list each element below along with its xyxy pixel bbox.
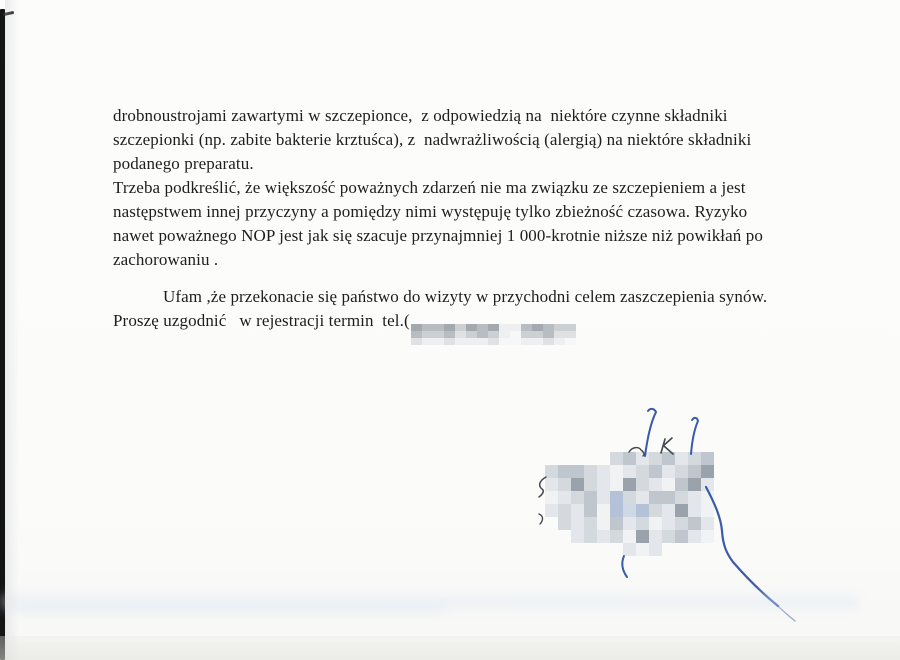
- mosaic-cell: [675, 504, 688, 517]
- redacted-signature-stamp: [545, 452, 714, 556]
- text-line: drobnoustrojami zawartymi w szczepionce,…: [113, 104, 853, 128]
- mosaic-cell: [675, 491, 688, 504]
- mosaic-cell: [597, 452, 610, 465]
- text-line: Ufam ,że przekonacie się państwo do wizy…: [113, 285, 853, 309]
- mosaic-cell: [636, 491, 649, 504]
- mosaic-cell: [554, 331, 565, 338]
- mosaic-cell: [623, 478, 636, 491]
- mosaic-cell: [610, 491, 623, 504]
- mosaic-cell: [571, 517, 584, 530]
- mosaic-cell: [597, 543, 610, 556]
- mosaic-cell: [649, 530, 662, 543]
- mosaic-cell: [688, 465, 701, 478]
- mosaic-cell: [688, 491, 701, 504]
- mosaic-cell: [623, 530, 636, 543]
- mosaic-cell: [545, 478, 558, 491]
- mosaic-cell: [675, 530, 688, 543]
- mosaic-cell: [545, 517, 558, 530]
- mosaic-cell: [477, 331, 488, 338]
- mosaic-cell: [422, 331, 433, 338]
- mosaic-cell: [662, 517, 675, 530]
- mosaic-cell: [532, 324, 543, 331]
- mosaic-cell: [584, 530, 597, 543]
- mosaic-cell: [545, 452, 558, 465]
- mosaic-cell: [597, 504, 610, 517]
- mosaic-cell: [499, 338, 510, 345]
- mosaic-cell: [636, 543, 649, 556]
- mosaic-cell: [610, 478, 623, 491]
- mosaic-cell: [623, 452, 636, 465]
- mosaic-cell: [532, 338, 543, 345]
- mosaic-cell: [521, 338, 532, 345]
- mosaic-cell: [545, 530, 558, 543]
- text-line-content: Proszę uzgodnić w rejestracji termin tel…: [113, 311, 410, 330]
- mosaic-cell: [610, 452, 623, 465]
- mosaic-cell: [499, 324, 510, 331]
- mosaic-cell: [444, 331, 455, 338]
- pen-upstroke-2-ink: [691, 418, 698, 454]
- mosaic-cell: [584, 452, 597, 465]
- text-line: szczepionki (np. zabite bakterie krztuśc…: [113, 128, 853, 152]
- mosaic-cell: [675, 452, 688, 465]
- text-line-content: następstwem innej przyczyny a pomiędzy n…: [113, 202, 747, 221]
- mosaic-cell: [422, 324, 433, 331]
- mosaic-cell: [488, 331, 499, 338]
- text-line: Proszę uzgodnić w rejestracji termin tel…: [113, 309, 853, 345]
- stamp-left-mark-2: [539, 514, 543, 524]
- mosaic-cell: [584, 478, 597, 491]
- text-line: Trzeba podkreślić, że większość poważnyc…: [113, 176, 853, 200]
- mosaic-cell: [565, 324, 576, 331]
- mosaic-cell: [510, 324, 521, 331]
- mosaic-cell: [701, 452, 714, 465]
- mosaic-cell: [636, 478, 649, 491]
- mosaic-cell: [662, 530, 675, 543]
- mosaic-cell: [701, 530, 714, 543]
- mosaic-cell: [649, 465, 662, 478]
- mosaic-cell: [675, 478, 688, 491]
- mosaic-cell: [488, 324, 499, 331]
- mosaic-cell: [623, 465, 636, 478]
- mosaic-cell: [636, 530, 649, 543]
- mosaic-cell: [558, 530, 571, 543]
- mosaic-cell: [499, 331, 510, 338]
- mosaic-cell: [649, 478, 662, 491]
- mosaic-cell: [545, 465, 558, 478]
- mosaic-cell: [571, 465, 584, 478]
- mosaic-cell: [701, 465, 714, 478]
- mosaic-cell: [662, 504, 675, 517]
- mosaic-cell: [571, 504, 584, 517]
- mosaic-cell: [610, 530, 623, 543]
- mosaic-cell: [558, 491, 571, 504]
- mosaic-cell: [584, 517, 597, 530]
- mosaic-cell: [455, 331, 466, 338]
- mosaic-cell: [636, 517, 649, 530]
- mosaic-cell: [558, 543, 571, 556]
- mosaic-cell: [543, 331, 554, 338]
- mosaic-cell: [662, 543, 675, 556]
- mosaic-cell: [649, 452, 662, 465]
- mosaic-cell: [675, 517, 688, 530]
- mosaic-cell: [545, 491, 558, 504]
- mosaic-cell: [558, 478, 571, 491]
- mosaic-cell: [571, 530, 584, 543]
- mosaic-cell: [675, 465, 688, 478]
- mosaic-cell: [597, 465, 610, 478]
- mosaic-cell: [565, 331, 576, 338]
- mosaic-cell: [565, 338, 576, 345]
- mosaic-cell: [584, 465, 597, 478]
- mosaic-cell: [477, 338, 488, 345]
- mosaic-cell: [422, 338, 433, 345]
- mosaic-cell: [521, 331, 532, 338]
- mosaic-cell: [649, 504, 662, 517]
- mosaic-cell: [558, 465, 571, 478]
- text-line: zachorowaniu .: [113, 248, 853, 272]
- mosaic-cell: [662, 452, 675, 465]
- mosaic-cell: [545, 504, 558, 517]
- mosaic-cell: [411, 338, 422, 345]
- mosaic-cell: [543, 338, 554, 345]
- mosaic-cell: [701, 504, 714, 517]
- text-line: nawet poważnego NOP jest jak się szacuje…: [113, 224, 853, 248]
- mosaic-cell: [688, 517, 701, 530]
- text-line-content: Ufam ,że przekonacie się państwo do wizy…: [163, 287, 767, 306]
- mosaic-cell: [623, 517, 636, 530]
- mosaic-cell: [455, 338, 466, 345]
- mosaic-cell: [571, 478, 584, 491]
- mosaic-cell: [510, 338, 521, 345]
- mosaic-cell: [554, 324, 565, 331]
- mosaic-cell: [584, 543, 597, 556]
- text-line-content: podanego preparatu.: [113, 154, 254, 173]
- mosaic-cell: [444, 338, 455, 345]
- mosaic-cell: [688, 478, 701, 491]
- mosaic-cell: [584, 504, 597, 517]
- mosaic-cell: [688, 530, 701, 543]
- mosaic-cell: [636, 504, 649, 517]
- mosaic-cell: [558, 504, 571, 517]
- mosaic-cell: [636, 452, 649, 465]
- mosaic-cell: [597, 530, 610, 543]
- pen-upstroke-1-ink: [645, 409, 656, 456]
- mosaic-cell: [584, 491, 597, 504]
- text-line-content: szczepionki (np. zabite bakterie krztuśc…: [113, 130, 751, 149]
- mosaic-cell: [558, 517, 571, 530]
- mosaic-cell: [571, 491, 584, 504]
- mosaic-cell: [532, 331, 543, 338]
- mosaic-cell: [543, 324, 554, 331]
- text-line: następstwem innej przyczyny a pomiędzy n…: [113, 200, 853, 224]
- mosaic-cell: [623, 504, 636, 517]
- mosaic-cell: [545, 543, 558, 556]
- mosaic-cell: [649, 543, 662, 556]
- mosaic-cell: [558, 452, 571, 465]
- mosaic-cell: [411, 324, 422, 331]
- mosaic-cell: [455, 324, 466, 331]
- mosaic-cell: [597, 517, 610, 530]
- mosaic-cell: [675, 543, 688, 556]
- scanned-letter-page: drobnoustrojami zawartymi w szczepionce,…: [0, 0, 900, 660]
- redacted-phone-number: [411, 324, 576, 345]
- mosaic-cell: [649, 517, 662, 530]
- mosaic-cell: [597, 478, 610, 491]
- text-line-content: drobnoustrojami zawartymi w szczepionce,…: [113, 106, 728, 125]
- mosaic-cell: [521, 324, 532, 331]
- mosaic-cell: [649, 491, 662, 504]
- mosaic-cell: [610, 543, 623, 556]
- mosaic-cell: [554, 338, 565, 345]
- mosaic-cell: [662, 478, 675, 491]
- mosaic-cell: [433, 338, 444, 345]
- pen-descender-ink: [622, 556, 627, 577]
- mosaic-cell: [688, 543, 701, 556]
- mosaic-cell: [510, 331, 521, 338]
- mosaic-cell: [662, 465, 675, 478]
- mosaic-cell: [571, 452, 584, 465]
- mosaic-cell: [688, 504, 701, 517]
- mosaic-cell: [688, 452, 701, 465]
- mosaic-cell: [477, 324, 488, 331]
- mosaic-cell: [571, 543, 584, 556]
- mosaic-cell: [701, 543, 714, 556]
- mosaic-cell: [466, 324, 477, 331]
- mosaic-cell: [610, 504, 623, 517]
- scan-bottom-texture-band: [0, 636, 900, 660]
- text-line-content: Trzeba podkreślić, że większość poważnyc…: [113, 178, 746, 197]
- mosaic-cell: [610, 465, 623, 478]
- scan-edge-shadow: [5, 0, 19, 660]
- mosaic-cell: [433, 331, 444, 338]
- mosaic-cell: [701, 478, 714, 491]
- text-line: podanego preparatu.: [113, 152, 853, 176]
- mosaic-cell: [444, 324, 455, 331]
- mosaic-cell: [488, 338, 499, 345]
- text-line-content: nawet poważnego NOP jest jak się szacuje…: [113, 226, 763, 245]
- pen-tail-ink: [706, 487, 778, 606]
- mosaic-cell: [433, 324, 444, 331]
- text-line-content: zachorowaniu .: [113, 250, 218, 269]
- letter-body-text: drobnoustrojami zawartymi w szczepionce,…: [113, 104, 853, 345]
- mosaic-cell: [597, 491, 610, 504]
- mosaic-cell: [466, 331, 477, 338]
- mosaic-cell: [623, 491, 636, 504]
- mosaic-cell: [610, 517, 623, 530]
- mosaic-cell: [466, 338, 477, 345]
- mosaic-cell: [662, 491, 675, 504]
- mosaic-cell: [701, 517, 714, 530]
- mosaic-cell: [623, 543, 636, 556]
- scan-haze-band-small: [16, 604, 446, 614]
- mosaic-cell: [636, 465, 649, 478]
- mosaic-cell: [411, 331, 422, 338]
- mosaic-cell: [701, 491, 714, 504]
